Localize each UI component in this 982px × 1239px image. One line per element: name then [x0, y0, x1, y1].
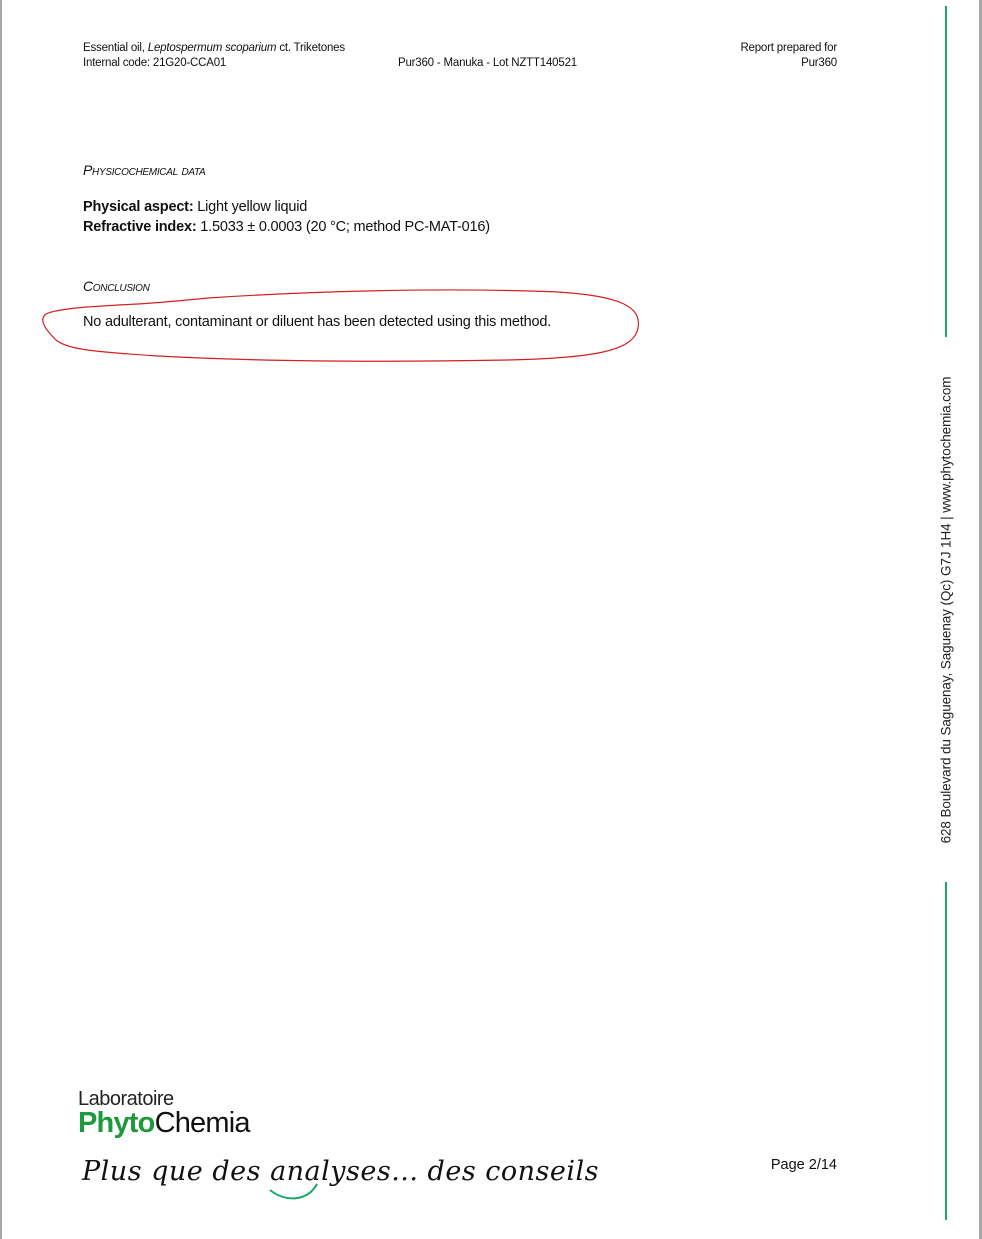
internal-code: Internal code: 21G20-CCA01: [83, 56, 345, 71]
company-tagline: Plus que des analyses... des conseils: [82, 1156, 599, 1187]
header-prepared-for: Report prepared for Pur360: [700, 41, 837, 71]
refractive-index-row: Refractive index: 1.5033 ± 0.0003 (20 °C…: [83, 219, 490, 235]
refractive-index-label: Refractive index:: [83, 219, 196, 235]
header-lot: Pur360 - Manuka - Lot NZTT140521: [398, 56, 577, 71]
header-product-info: Essential oil, Leptospermum scoparium ct…: [83, 41, 345, 71]
physicochemical-title: Physicochemical data: [83, 162, 205, 178]
hand-drawn-ellipse-annotation: [38, 284, 648, 366]
prepared-for-client: Pur360: [700, 56, 837, 71]
logo-phytochemia: PhytoChemia: [78, 1107, 250, 1140]
refractive-index-value: 1.5033 ± 0.0003 (20 °C; method PC-MAT-01…: [200, 219, 490, 235]
product-name: Essential oil, Leptospermum scoparium ct…: [83, 41, 345, 56]
physical-aspect-label: Physical aspect:: [83, 199, 193, 215]
company-logo: Laboratoire PhytoChemia: [78, 1088, 250, 1140]
sidebar-accent-line-bottom: [945, 882, 947, 1220]
leaf-sprout-icon: [265, 1168, 335, 1204]
sidebar-address: 628 Boulevard du Saguenay, Saguenay (Qc)…: [939, 377, 954, 844]
physical-aspect-value: Light yellow liquid: [197, 199, 307, 215]
prepared-for-label: Report prepared for: [700, 41, 837, 56]
viewer-border-left: [0, 0, 2, 1239]
page-number: Page 2/14: [700, 1157, 837, 1173]
physical-aspect-row: Physical aspect: Light yellow liquid: [83, 199, 307, 215]
sidebar-accent-line-top: [945, 6, 947, 337]
